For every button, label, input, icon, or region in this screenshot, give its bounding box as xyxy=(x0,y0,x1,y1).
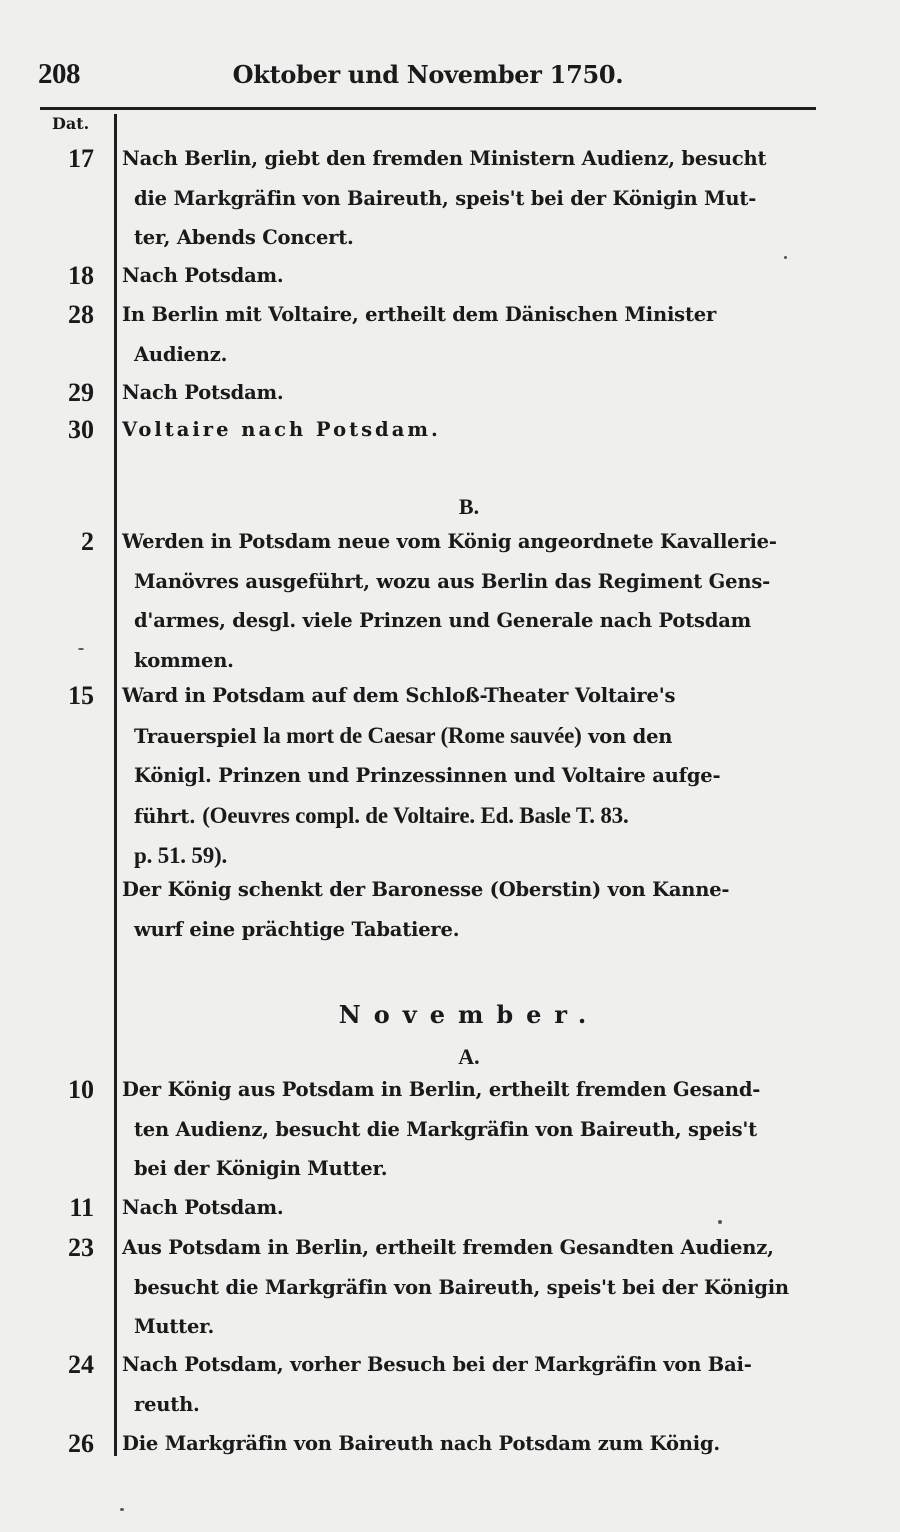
entry-line: reuth. xyxy=(122,1385,816,1425)
entry-line: führt. (Oeuvres compl. de Voltaire. Ed. … xyxy=(122,796,816,837)
entry-text: Nach Potsdam. xyxy=(122,1188,816,1228)
entry-line: Nach Potsdam. xyxy=(122,256,816,296)
book-page: 208 Oktober und November 1750. Dat. 17 N… xyxy=(0,0,900,1532)
section-heading-a: A. xyxy=(122,1044,816,1070)
entry-line: die Markgräfin von Baireuth, speis't bei… xyxy=(122,179,816,219)
entry-text: Nach Potsdam. xyxy=(122,256,816,296)
entry-line: Ward in Potsdam auf dem Schloß-Theater V… xyxy=(122,676,816,716)
entry-line: bei der Königin Mutter. xyxy=(122,1149,816,1189)
entry-line: ten Audienz, besucht die Markgräfin von … xyxy=(122,1110,816,1150)
entry-line: Die Markgräfin von Baireuth nach Potsdam… xyxy=(122,1424,816,1464)
entry-line: Der König aus Potsdam in Berlin, ertheil… xyxy=(122,1070,816,1110)
print-speck xyxy=(78,648,84,650)
entry-line: Königl. Prinzen und Prinzessinnen und Vo… xyxy=(122,756,816,796)
entry-line: Audienz. xyxy=(122,335,816,375)
entry-line: Aus Potsdam in Berlin, ertheilt fremden … xyxy=(122,1228,816,1268)
print-speck xyxy=(718,1220,722,1224)
entry-text: Nach Berlin, giebt den fremden Ministern… xyxy=(122,139,816,258)
entry-line: Manövres ausgeführt, wozu aus Berlin das… xyxy=(122,562,816,602)
entry-line: ter, Abends Concert. xyxy=(122,218,816,258)
entry-line: In Berlin mit Voltaire, ertheilt dem Dän… xyxy=(122,295,816,335)
entry-line: besucht die Markgräfin von Baireuth, spe… xyxy=(122,1268,816,1308)
entry-text: In Berlin mit Voltaire, ertheilt dem Dän… xyxy=(122,295,816,374)
entry-line: Nach Potsdam, vorher Besuch bei der Mark… xyxy=(122,1345,816,1385)
entry-text: Nach Potsdam. xyxy=(122,373,816,413)
entry-line: Nach Berlin, giebt den fremden Ministern… xyxy=(122,139,816,179)
section-heading-b: B. xyxy=(122,494,816,520)
print-speck xyxy=(784,256,787,259)
entry-date: 18 xyxy=(30,256,94,295)
entry-date: 23 xyxy=(30,1228,94,1267)
header-rule xyxy=(40,107,816,110)
entry-date: 11 xyxy=(30,1188,94,1227)
entry-fragment: führt. xyxy=(134,805,202,828)
entry-date: 28 xyxy=(30,295,94,334)
entry-text: Die Markgräfin von Baireuth nach Potsdam… xyxy=(122,1424,816,1464)
entry-text: Aus Potsdam in Berlin, ertheilt fremden … xyxy=(122,1228,816,1347)
citation: (Oeuvres compl. de Voltaire. Ed. Basle T… xyxy=(202,803,628,828)
entry-line: Nach Potsdam. xyxy=(122,373,816,413)
entry-date: 15 xyxy=(30,676,94,715)
entry-line: Der König schenkt der Baronesse (Obersti… xyxy=(122,870,816,910)
entry-text: Der König aus Potsdam in Berlin, ertheil… xyxy=(122,1070,816,1189)
entry-fragment: von den xyxy=(582,725,673,748)
entry-line: d'armes, desgl. viele Prinzen und Genera… xyxy=(122,601,816,641)
entry-line: Mutter. xyxy=(122,1307,816,1347)
entry-text: Voltaire nach Potsdam. xyxy=(122,410,816,450)
print-speck xyxy=(82,700,85,703)
entry-date: 17 xyxy=(30,139,94,178)
page-title: Oktober und November 1750. xyxy=(38,60,818,89)
entry-line: kommen. xyxy=(122,641,816,681)
entry-line: Voltaire nach Potsdam. xyxy=(122,410,816,450)
month-heading-november: November. xyxy=(122,1000,816,1029)
running-head: 208 Oktober und November 1750. xyxy=(38,58,818,94)
play-title: la mort de Caesar (Rome sauvée) xyxy=(263,723,581,748)
entry-text: Werden in Potsdam neue vom König angeord… xyxy=(122,522,816,680)
entry-date: 24 xyxy=(30,1345,94,1384)
entry-date: 26 xyxy=(30,1424,94,1463)
date-column-label: Dat. xyxy=(52,114,89,133)
entry-line: Trauerspiel la mort de Caesar (Rome sauv… xyxy=(122,716,816,757)
print-speck xyxy=(120,1508,124,1511)
entry-text: Nach Potsdam, vorher Besuch bei der Mark… xyxy=(122,1345,816,1424)
entry-date: 29 xyxy=(30,373,94,412)
entry-text: Der König schenkt der Baronesse (Obersti… xyxy=(122,870,816,949)
entry-line: wurf eine prächtige Tabatiere. xyxy=(122,910,816,950)
entry-line: Werden in Potsdam neue vom König angeord… xyxy=(122,522,816,562)
entry-line: Nach Potsdam. xyxy=(122,1188,816,1228)
entry-date: 10 xyxy=(30,1070,94,1109)
entry-date: 2 xyxy=(30,522,94,561)
date-column-divider xyxy=(114,114,117,1456)
entry-date: 30 xyxy=(30,410,94,449)
entry-text: Ward in Potsdam auf dem Schloß-Theater V… xyxy=(122,676,816,876)
entry-fragment: Trauerspiel xyxy=(134,725,263,748)
